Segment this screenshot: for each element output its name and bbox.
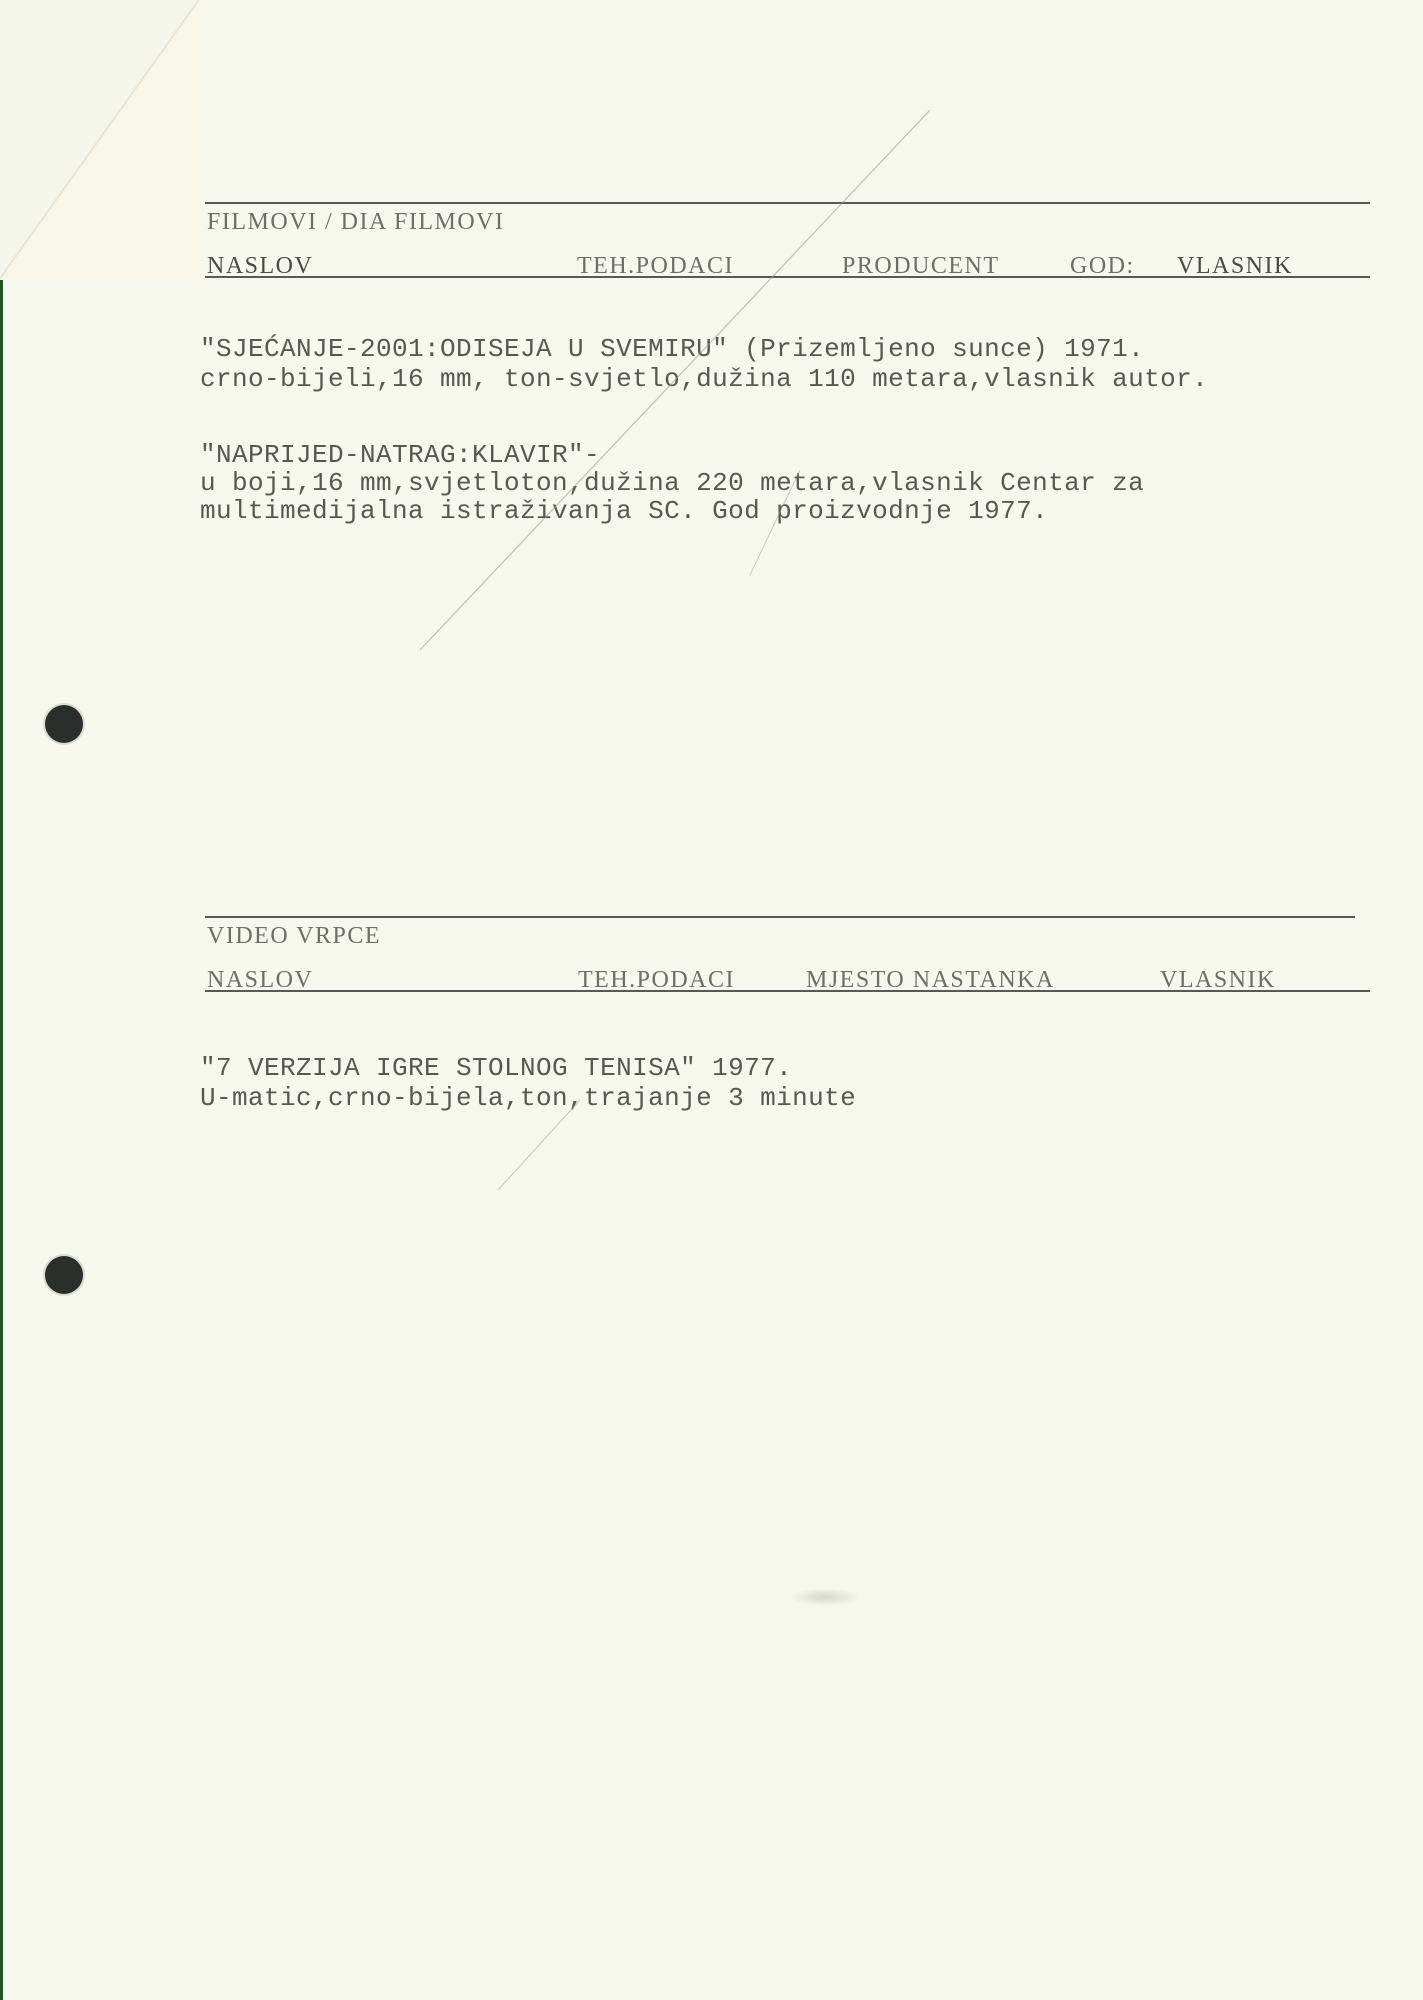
video-header-rule bbox=[205, 990, 1370, 992]
film-entry-line: "NAPRIJED-NATRAG:KLAVIR"- bbox=[200, 442, 600, 468]
films-top-rule bbox=[205, 202, 1370, 204]
video-col-naslov: NASLOV bbox=[207, 968, 313, 992]
films-section-title: FILMOVI / DIA FILMOVI bbox=[207, 210, 505, 234]
paper-smudge bbox=[790, 1588, 860, 1606]
films-col-god: GOD: bbox=[1070, 254, 1135, 278]
video-col-vlasnik: VLASNIK bbox=[1160, 968, 1276, 992]
video-entry-line: "7 VERZIJA IGRE STOLNOG TENISA" 1977. bbox=[200, 1055, 792, 1081]
video-entry-line: U-matic,crno-bijela,ton,trajanje 3 minut… bbox=[200, 1085, 856, 1111]
pencil-marks bbox=[0, 0, 1423, 2000]
film-entry-line: crno-bijeli,16 mm, ton-svjetlo,dužina 11… bbox=[200, 366, 1208, 392]
punch-hole bbox=[45, 1256, 83, 1294]
video-col-teh-podaci: TEH.PODACI bbox=[578, 968, 735, 992]
film-entry-line: "SJEĆANJE-2001:ODISEJA U SVEMIRU" (Prize… bbox=[200, 336, 1144, 362]
folded-corner bbox=[0, 0, 200, 280]
video-top-rule bbox=[205, 916, 1355, 918]
scan-edge-strip bbox=[0, 0, 3, 2000]
films-col-naslov: NASLOV bbox=[207, 254, 313, 278]
films-col-producent: PRODUCENT bbox=[842, 254, 1000, 278]
films-col-teh-podaci: TEH.PODACI bbox=[577, 254, 734, 278]
films-header-rule bbox=[205, 276, 1370, 278]
films-col-vlasnik: VLASNIK bbox=[1177, 254, 1293, 278]
film-entry-line: u boji,16 mm,svjetloton,dužina 220 metar… bbox=[200, 470, 1144, 496]
film-entry-line: multimedijalna istraživanja SC. God proi… bbox=[200, 498, 1048, 524]
punch-hole bbox=[45, 705, 83, 743]
video-col-mjesto-nastanka: MJESTO NASTANKA bbox=[806, 968, 1055, 992]
video-section-title: VIDEO VRPCE bbox=[207, 924, 381, 948]
